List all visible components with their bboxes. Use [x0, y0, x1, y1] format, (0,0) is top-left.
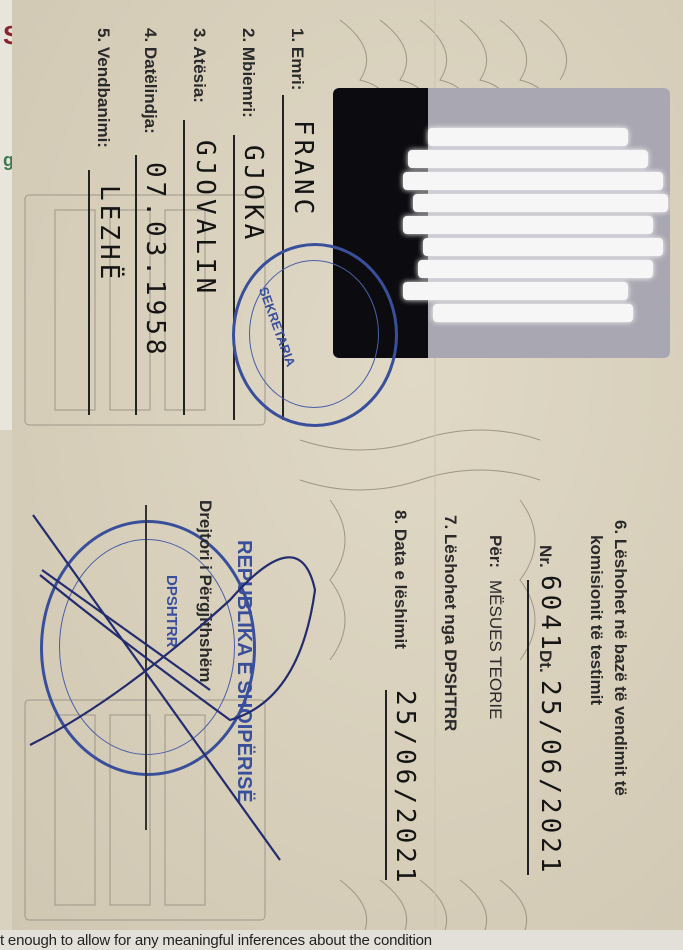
signature-scribble [0, 0, 683, 950]
background-text: t enough to allow for any meaningful inf… [0, 932, 432, 949]
